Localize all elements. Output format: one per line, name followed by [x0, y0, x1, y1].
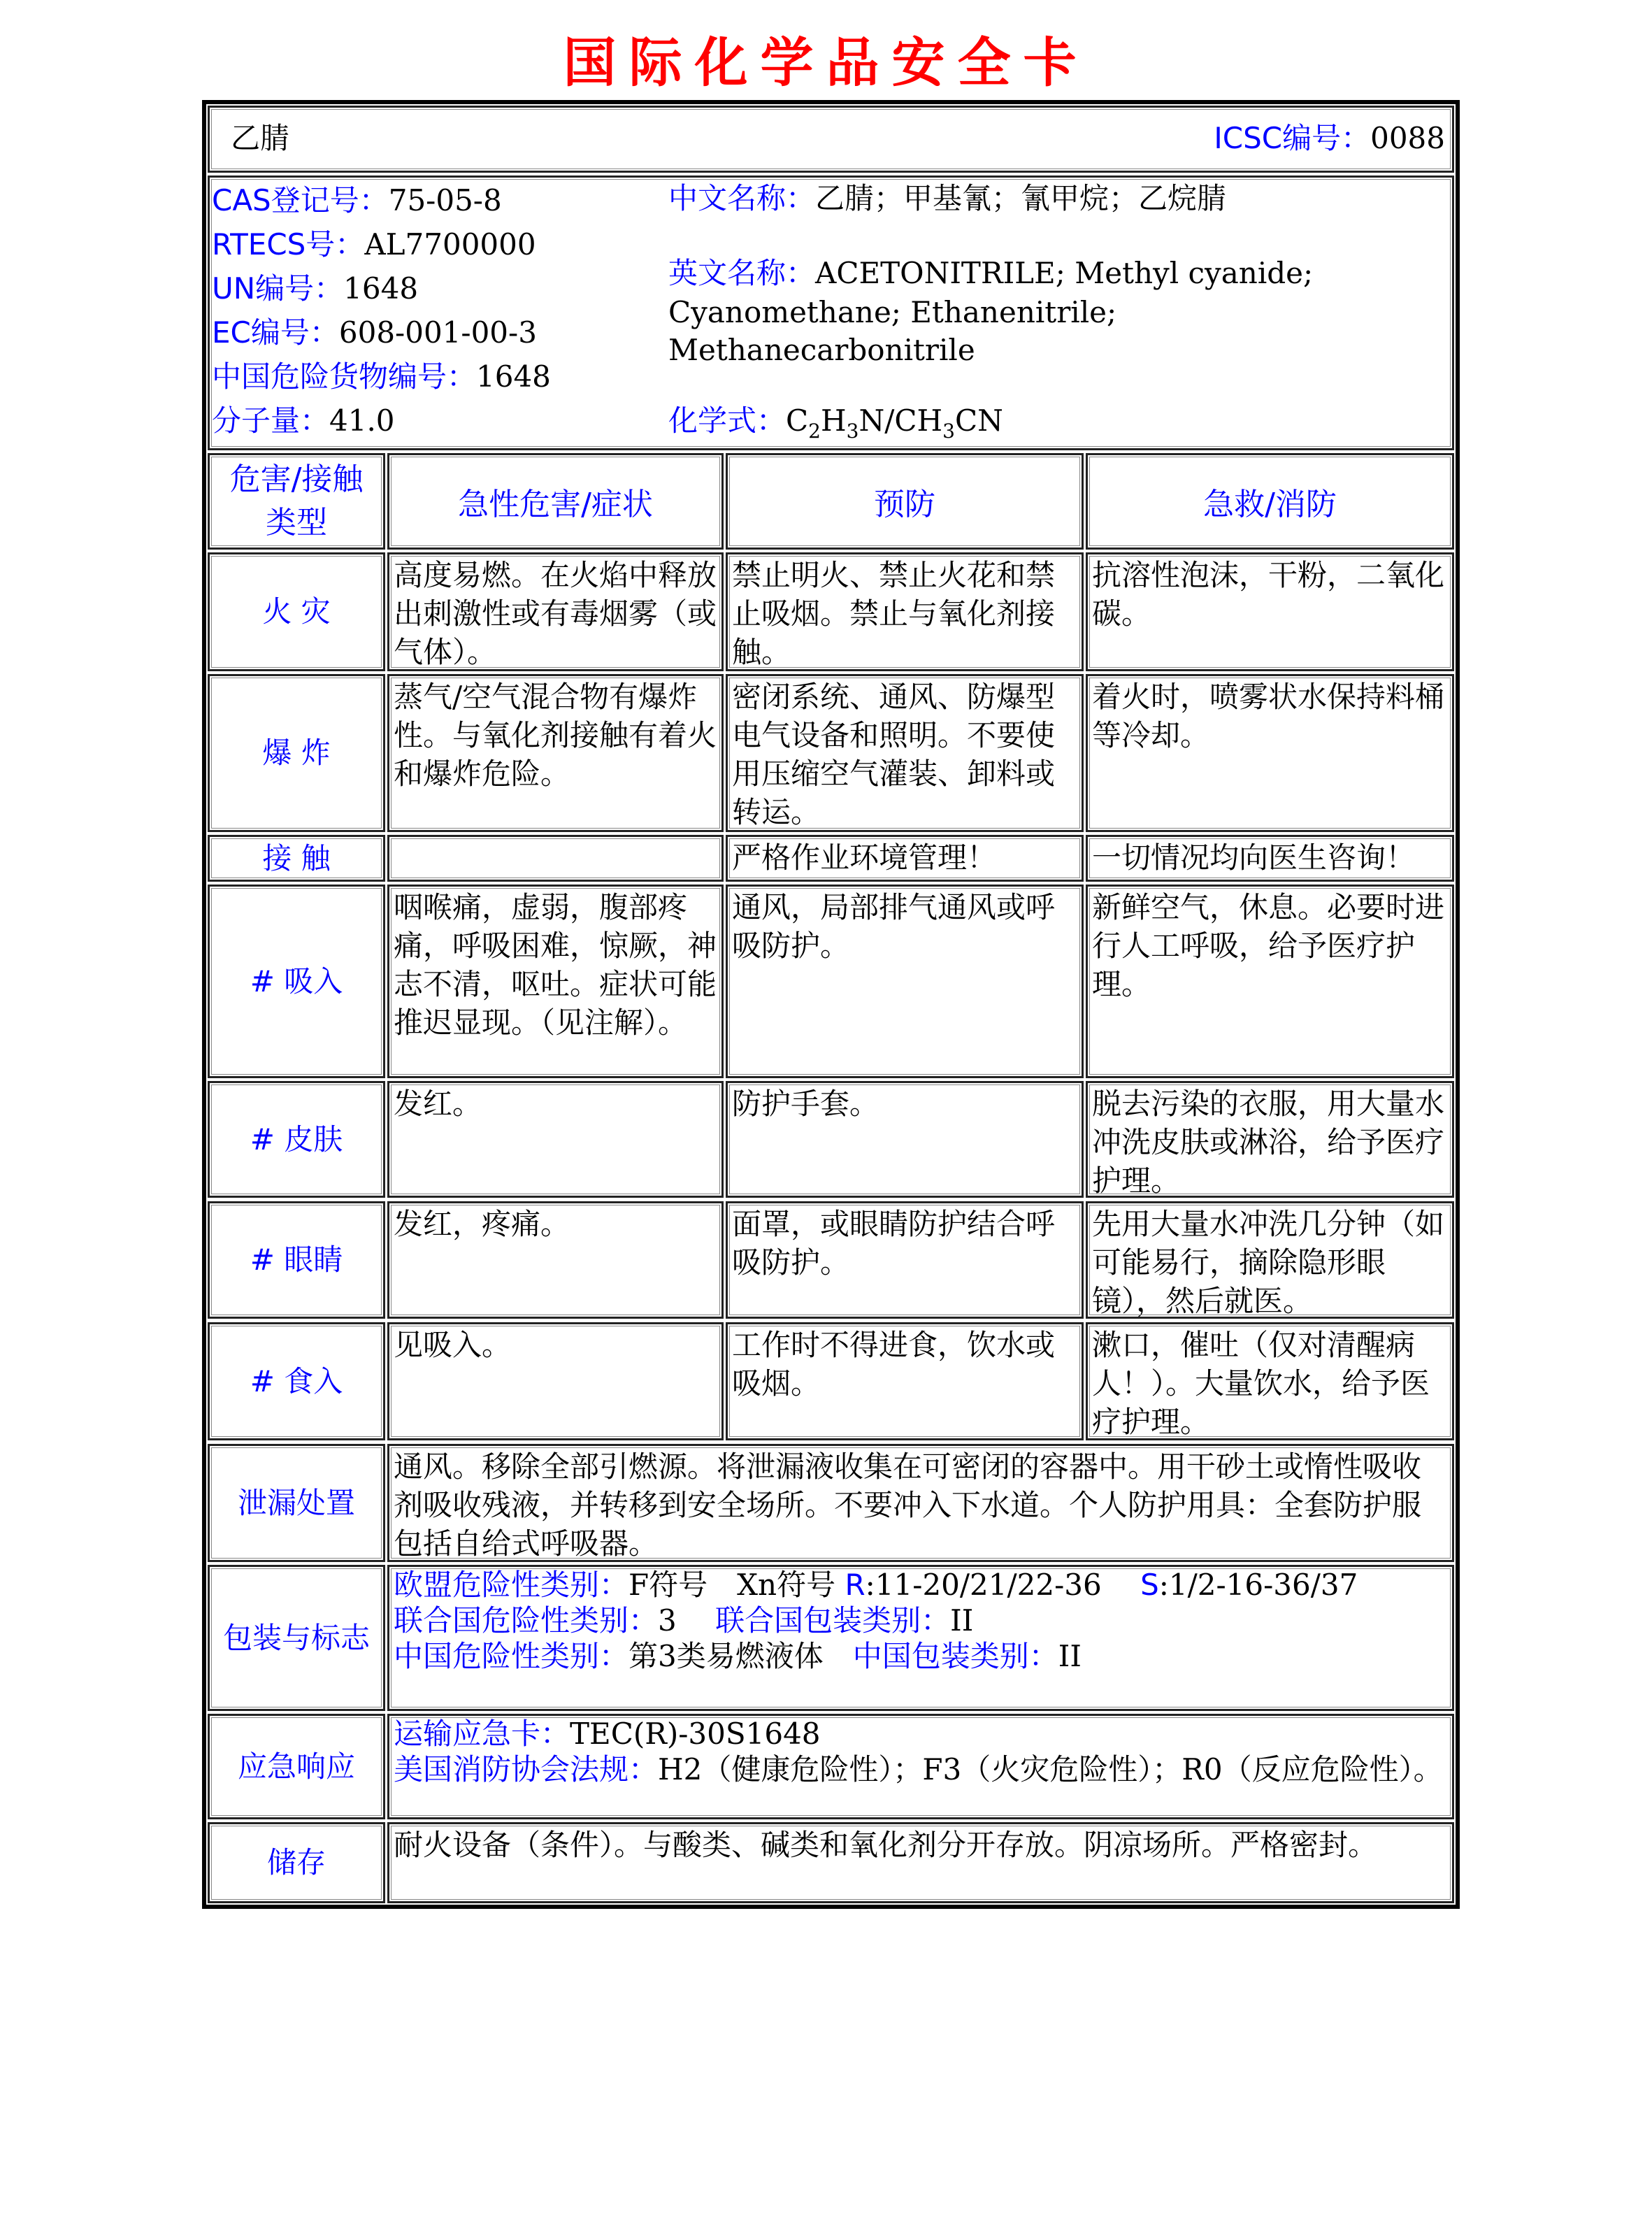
icsc-number: ICSC编号：0088 — [1214, 117, 1445, 159]
packaging-label: 包装与标志 — [208, 1565, 385, 1711]
icsc-label: ICSC编号： — [1214, 121, 1370, 155]
un-pack-value: II — [950, 1603, 973, 1638]
r-phrase-value: :11-20/21/22-36 — [865, 1568, 1140, 1602]
chemical-name: 乙腈 — [231, 117, 289, 159]
rtecs-row: RTECS号：AL7700000 — [212, 224, 536, 266]
formula-sub: 3 — [847, 420, 859, 443]
mw-value: 41.0 — [329, 403, 395, 438]
row-contact-first-aid: 一切情况均向医生咨询！ — [1086, 835, 1454, 882]
row-inhalation-type: # 吸入 — [208, 885, 385, 1078]
row-ingestion-first-aid: 漱口，催吐（仅对清醒病人！）。大量饮水，给予医疗护理。 — [1086, 1322, 1454, 1440]
formula-row: 化学式：C2H3N/CH3CN — [668, 400, 1003, 442]
row-contact-type: 接 触 — [208, 835, 385, 882]
s-phrase-label: S — [1140, 1568, 1159, 1602]
th-first-aid: 急救/消防 — [1086, 453, 1454, 550]
row-eyes-symptoms: 发红，疼痛。 — [387, 1201, 724, 1319]
cn-dg-value: 1648 — [476, 359, 551, 394]
emergency-content: 运输应急卡：TEC(R)-30S1648 美国消防协会法规：H2（健康危险性）；… — [387, 1714, 1454, 1819]
row-type-label: # 眼睛 — [250, 1238, 343, 1282]
row-eyes-type: # 眼睛 — [208, 1201, 385, 1319]
cn-pack-value: II — [1058, 1639, 1082, 1673]
formula-value: C2H3N/CH3CN — [786, 403, 1003, 438]
s-phrase-value: :1/2-16-36/37 — [1159, 1568, 1358, 1602]
spill-label-text: 泄漏处置 — [238, 1482, 355, 1525]
row-contact-symptoms — [387, 835, 724, 882]
ec-value: 608-001-00-3 — [339, 315, 537, 350]
row-eyes-first-aid: 先用大量水冲洗几分钟（如可能易行，摘除隐形眼镜），然后就医。 — [1086, 1201, 1454, 1319]
th-prevention: 预防 — [726, 453, 1084, 550]
tec-value: TEC(R)-30S1648 — [570, 1717, 821, 1751]
formula-part: N/CH — [859, 403, 942, 438]
row-fire-symptoms: 高度易燃。在火焰中释放出刺激性或有毒烟雾（或气体）。 — [387, 552, 724, 671]
cn-dg-label: 中国危险货物编号： — [212, 359, 476, 394]
page-title: 国际化学品安全卡 — [0, 28, 1652, 98]
chemical-header: 乙腈 ICSC编号：0088 — [208, 106, 1454, 173]
tec-label: 运输应急卡： — [394, 1717, 570, 1751]
row-fire-type: 火 灾 — [208, 552, 385, 671]
row-inhalation-prevention: 通风，局部排气通风或呼吸防护。 — [726, 885, 1084, 1078]
eu-class-value: F符号 Xn符号 — [629, 1568, 845, 1602]
packaging-content: 欧盟危险性类别：F符号 Xn符号 R:11-20/21/22-36 S:1/2-… — [387, 1565, 1454, 1711]
row-eyes-prevention: 面罩，或眼睛防护结合呼吸防护。 — [726, 1201, 1084, 1319]
en-name-row: 英文名称：ACETONITRILE; Methyl cyanide; — [668, 255, 1313, 292]
row-skin-type: # 皮肤 — [208, 1081, 385, 1198]
cn-class-value: 第3类易燃液体 — [629, 1639, 853, 1673]
th-prevention-label: 预防 — [874, 479, 935, 524]
cn-class-label: 中国危险性类别： — [394, 1639, 629, 1673]
formula-part: CN — [955, 403, 1003, 438]
th-hazard-type: 危害/接触类型 — [208, 453, 385, 550]
emergency-label: 应急响应 — [208, 1714, 385, 1819]
ec-label: EC编号： — [212, 315, 339, 350]
row-contact-prevention: 严格作业环境管理！ — [726, 835, 1084, 882]
th-symptoms-label: 急性危害/症状 — [458, 479, 653, 524]
un-row: UN编号：1648 — [212, 268, 418, 310]
row-explosion-type: 爆 炸 — [208, 674, 385, 832]
storage-text: 耐火设备（条件）。与酸类、碱类和氧化剂分开存放。阴凉场所。严格密封。 — [387, 1822, 1454, 1903]
mw-row: 分子量：41.0 — [212, 400, 395, 442]
row-inhalation-symptoms: 咽喉痛，虚弱，腹部疼痛，呼吸困难，惊厥，神志不清，呕吐。症状可能推迟显现。（见注… — [387, 885, 724, 1078]
cn-name-value: 乙腈；甲基氰；氰甲烷；乙烷腈 — [815, 181, 1226, 215]
row-type-label: # 食入 — [250, 1360, 343, 1403]
cn-name-row: 中文名称：乙腈；甲基氰；氰甲烷；乙烷腈 — [668, 178, 1226, 220]
rtecs-value: AL7700000 — [364, 227, 536, 262]
row-skin-symptoms: 发红。 — [387, 1081, 724, 1198]
formula-sub: 2 — [808, 420, 821, 443]
eu-class-label: 欧盟危险性类别： — [394, 1568, 629, 1602]
cas-row: CAS登记号：75-05-8 — [212, 180, 502, 222]
formula-part: C — [786, 403, 808, 438]
th-first-aid-label: 急救/消防 — [1203, 479, 1337, 524]
en-name-label: 英文名称： — [668, 256, 815, 290]
mw-label: 分子量： — [212, 403, 329, 438]
row-skin-prevention: 防护手套。 — [726, 1081, 1084, 1198]
row-ingestion-type: # 食入 — [208, 1322, 385, 1440]
row-explosion-symptoms: 蒸气/空气混合物有爆炸性。与氧化剂接触有着火和爆炸危险。 — [387, 674, 724, 832]
cas-value: 75-05-8 — [389, 183, 502, 217]
spill-text: 通风。移除全部引燃源。将泄漏液收集在可密闭的容器中。用干砂土或惰性吸收剂吸收残液… — [387, 1444, 1454, 1562]
spill-label: 泄漏处置 — [208, 1444, 385, 1562]
row-inhalation-first-aid: 新鲜空气，休息。必要时进行人工呼吸，给予医疗护理。 — [1086, 885, 1454, 1078]
cn-name-label: 中文名称： — [668, 181, 815, 215]
packaging-label-text: 包装与标志 — [223, 1617, 370, 1660]
rtecs-label: RTECS号： — [212, 227, 364, 262]
row-fire-first-aid: 抗溶性泡沫，干粉，二氧化碳。 — [1086, 552, 1454, 671]
formula-part: H — [821, 403, 847, 438]
storage-label: 储存 — [208, 1822, 385, 1903]
row-ingestion-symptoms: 见吸入。 — [387, 1322, 724, 1440]
formula-sub: 3 — [942, 420, 955, 443]
un-pack-label: 联合国包装类别： — [715, 1603, 950, 1638]
un-class-label: 联合国危险性类别： — [394, 1603, 658, 1638]
formula-label: 化学式： — [668, 403, 786, 438]
row-fire-prevention: 禁止明火、禁止火花和禁止吸烟。禁止与氧化剂接触。 — [726, 552, 1084, 671]
en-name-line-3: Methanecarbonitrile — [668, 331, 975, 369]
un-value: 1648 — [343, 271, 418, 306]
en-name-line-1: ACETONITRILE; Methyl cyanide; — [815, 256, 1313, 290]
row-type-label: # 吸入 — [250, 960, 343, 1003]
un-class-value: 3 — [658, 1603, 715, 1638]
cn-pack-label: 中国包装类别： — [853, 1639, 1058, 1673]
storage-label-text: 储存 — [267, 1841, 326, 1884]
r-phrase-label: R — [845, 1568, 865, 1602]
en-name-line-2: Cyanomethane; Ethanenitrile; — [668, 294, 1116, 331]
cn-dg-row: 中国危险货物编号：1648 — [212, 356, 551, 398]
row-skin-first-aid: 脱去污染的衣服，用大量水冲洗皮肤或淋浴，给予医疗护理。 — [1086, 1081, 1454, 1198]
th-symptoms: 急性危害/症状 — [387, 453, 724, 550]
row-type-label: 火 灾 — [262, 590, 330, 633]
emergency-label-text: 应急响应 — [238, 1745, 355, 1789]
cas-label: CAS登记号： — [212, 183, 389, 217]
nfpa-value: H2（健康危险性）；F3（火灾危险性）；R0（反应危险性）。 — [658, 1752, 1443, 1786]
un-label: UN编号： — [212, 271, 343, 306]
row-explosion-prevention: 密闭系统、通风、防爆型电气设备和照明。不要使用压缩空气灌装、卸料或转运。 — [726, 674, 1084, 832]
identifier-block: CAS登记号：75-05-8 RTECS号：AL7700000 UN编号：164… — [208, 176, 1454, 450]
row-type-label: # 皮肤 — [250, 1118, 343, 1161]
th-hazard-type-label: 危害/接触类型 — [220, 458, 373, 545]
icsc-value: 0088 — [1370, 121, 1445, 155]
ec-row: EC编号：608-001-00-3 — [212, 312, 537, 354]
row-type-label: 接 触 — [262, 837, 330, 880]
nfpa-label: 美国消防协会法规： — [394, 1752, 658, 1786]
row-type-label: 爆 炸 — [262, 731, 330, 775]
row-ingestion-prevention: 工作时不得进食，饮水或吸烟。 — [726, 1322, 1084, 1440]
row-explosion-first-aid: 着火时，喷雾状水保持料桶等冷却。 — [1086, 674, 1454, 832]
